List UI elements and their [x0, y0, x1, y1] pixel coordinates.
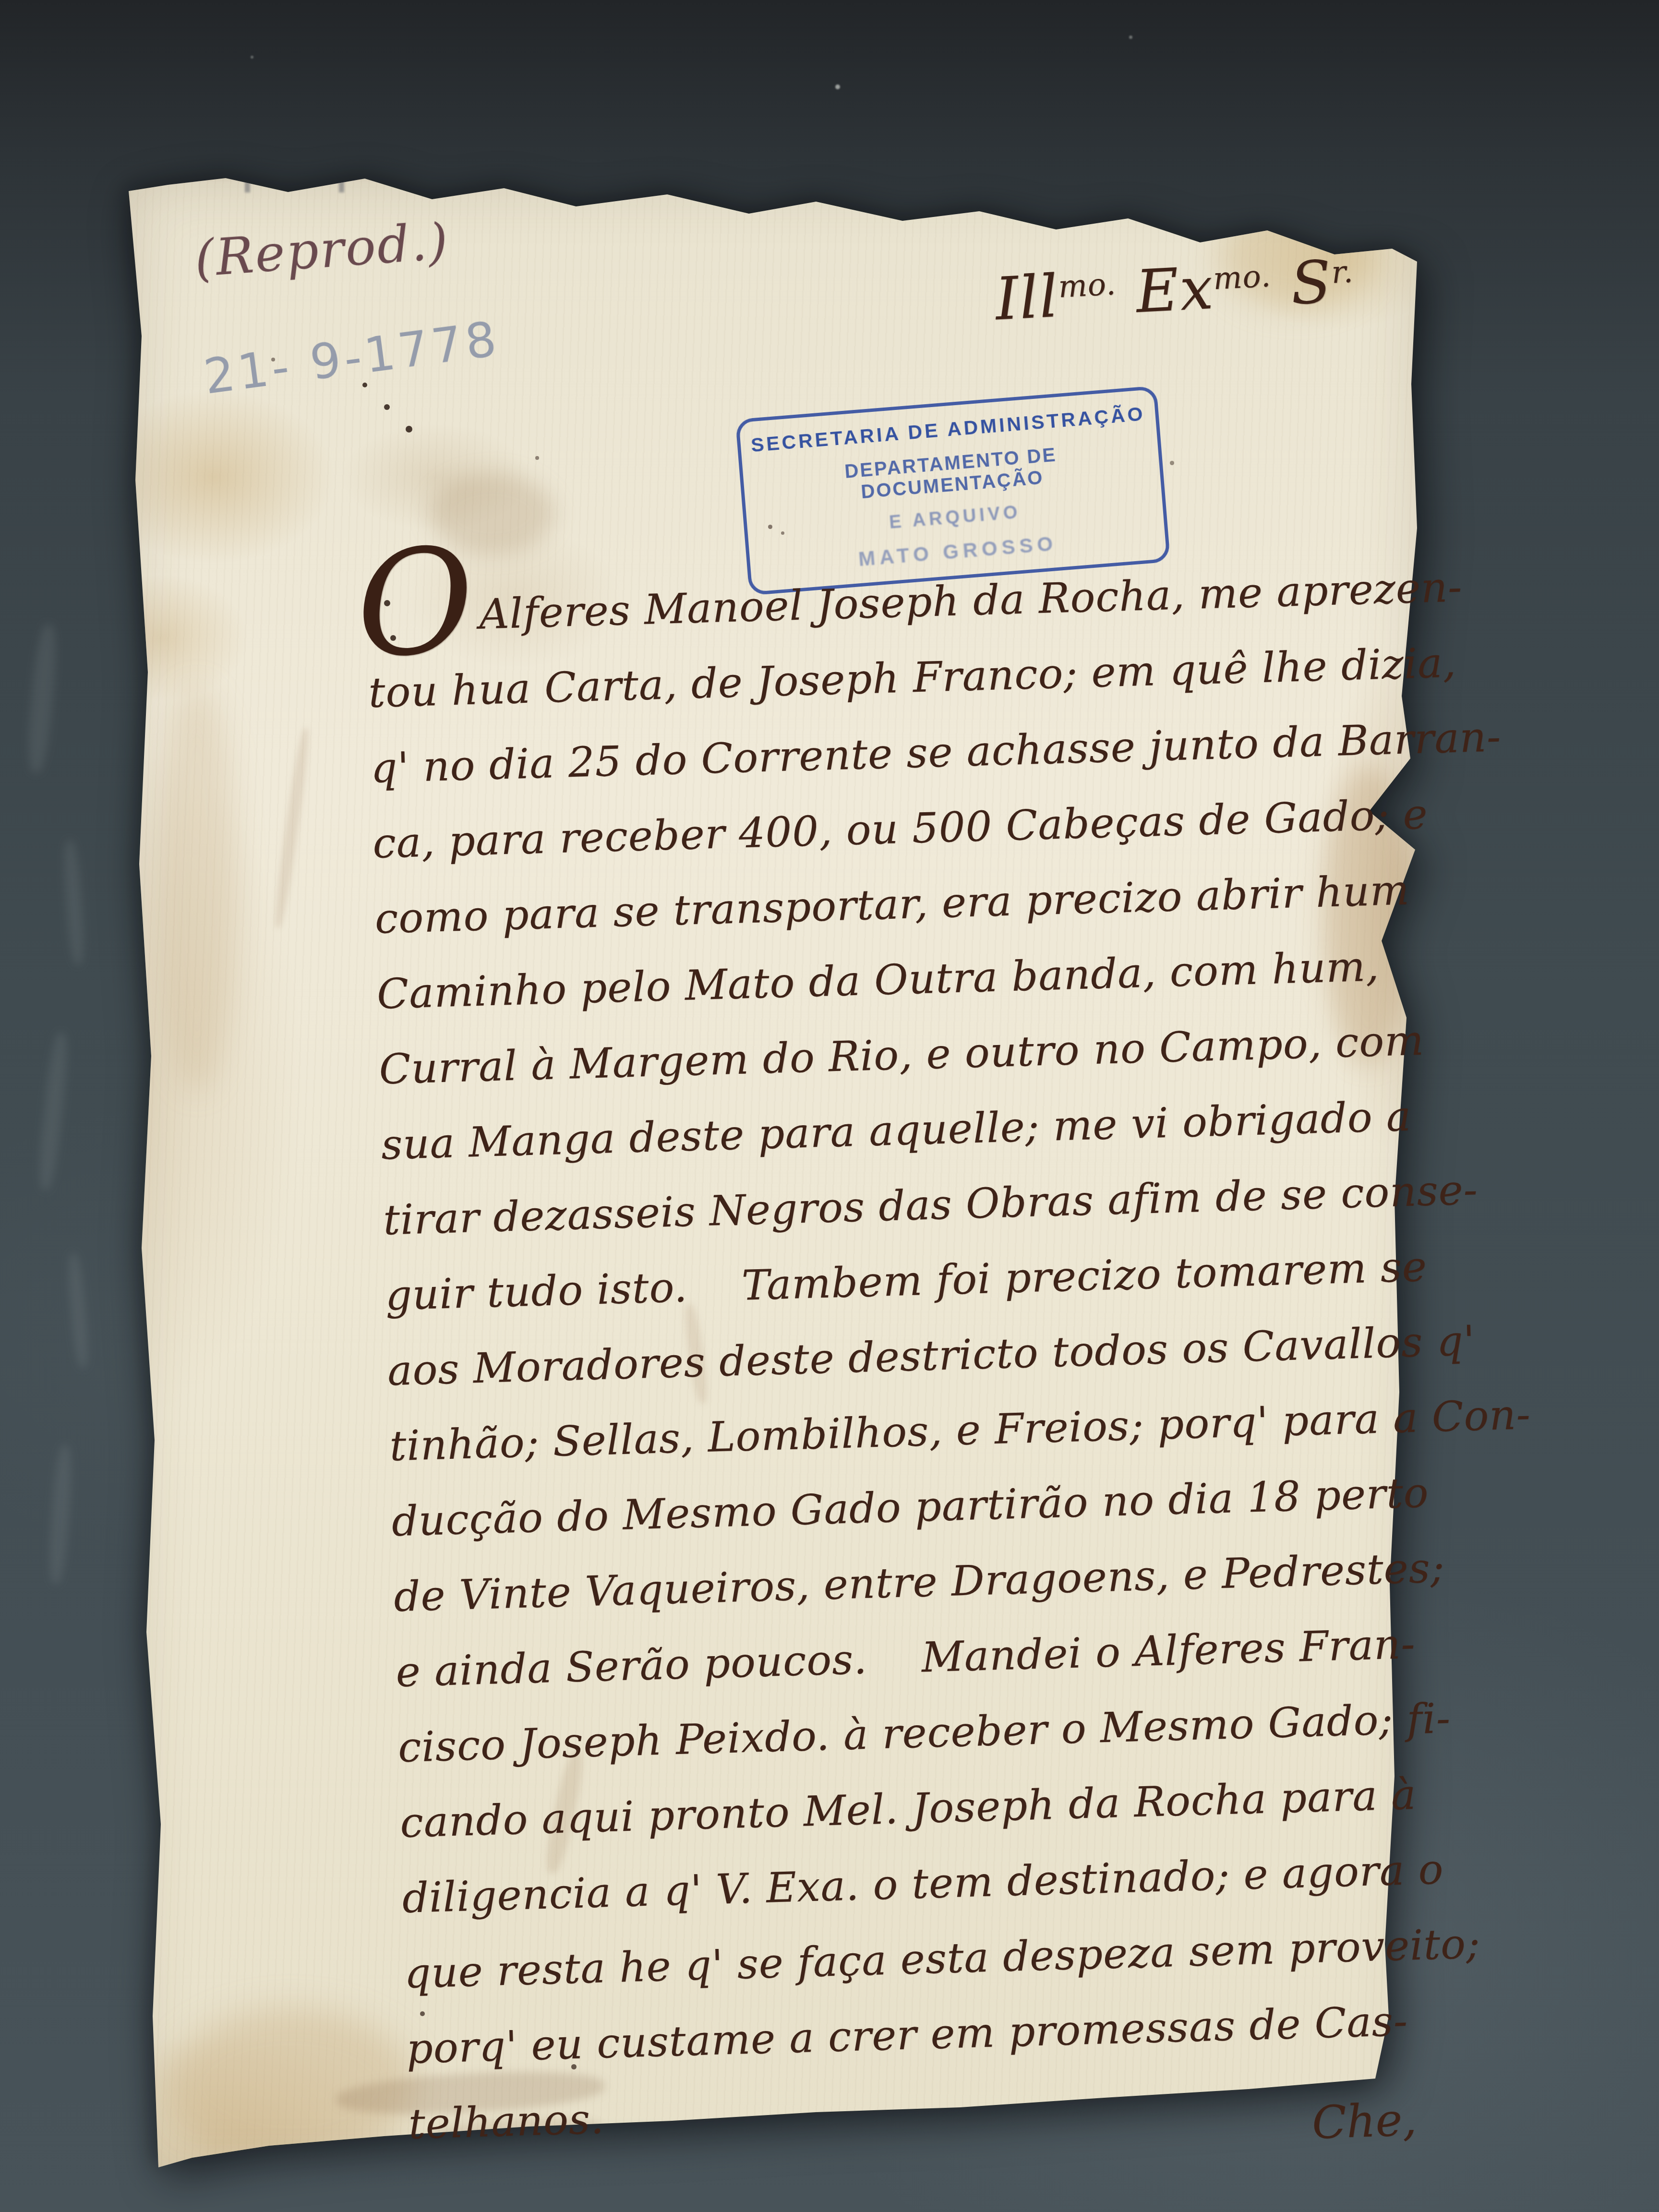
manuscript-content: (Reprod.) 21- 9-1778 Illmo. Exmo. Sr. SE…	[122, 175, 1428, 2187]
archival-date-pencil: 21- 9-1778	[201, 311, 503, 405]
dust-speck	[251, 56, 253, 59]
ink-speck	[1170, 461, 1174, 465]
salutation-part: S	[1289, 248, 1334, 318]
ink-speck	[362, 383, 367, 387]
salutation-part: Ex	[1134, 254, 1215, 326]
bleed-through-marks	[47, 1444, 74, 1585]
salutation-superscript: mo.	[1212, 258, 1272, 296]
dust-speck	[835, 84, 840, 89]
bleed-through-marks	[62, 840, 86, 965]
ink-speck	[406, 426, 412, 433]
dust-speck	[1129, 36, 1132, 39]
ink-speck	[535, 456, 539, 460]
archival-annotation: (Reprod.)	[192, 212, 451, 289]
ink-speck	[271, 358, 275, 361]
bleed-through-marks	[66, 1252, 91, 1369]
salutation-part: Ill	[994, 262, 1060, 334]
bleed-through-marks	[25, 624, 60, 774]
ink-speck	[781, 531, 784, 535]
photo-background: (Reprod.) 21- 9-1778 Illmo. Exmo. Sr. SE…	[0, 0, 1659, 2212]
letter-body: Alferes Manoel Joseph da Rocha, me aprez…	[366, 565, 1456, 2176]
manuscript-page: (Reprod.) 21- 9-1778 Illmo. Exmo. Sr. SE…	[122, 175, 1428, 2187]
bleed-through-marks	[36, 1032, 71, 1191]
salutation-superscript: mo.	[1058, 266, 1117, 304]
catchword: Che,	[1311, 2093, 1418, 2150]
salutation-superscript: r.	[1331, 253, 1354, 290]
ink-speck	[384, 404, 390, 410]
archive-stamp: SECRETARIA DE ADMINISTRAÇÃO DEPARTAMENTO…	[735, 385, 1171, 595]
ink-speck	[768, 525, 772, 529]
salutation: Illmo. Exmo. Sr.	[994, 247, 1356, 334]
